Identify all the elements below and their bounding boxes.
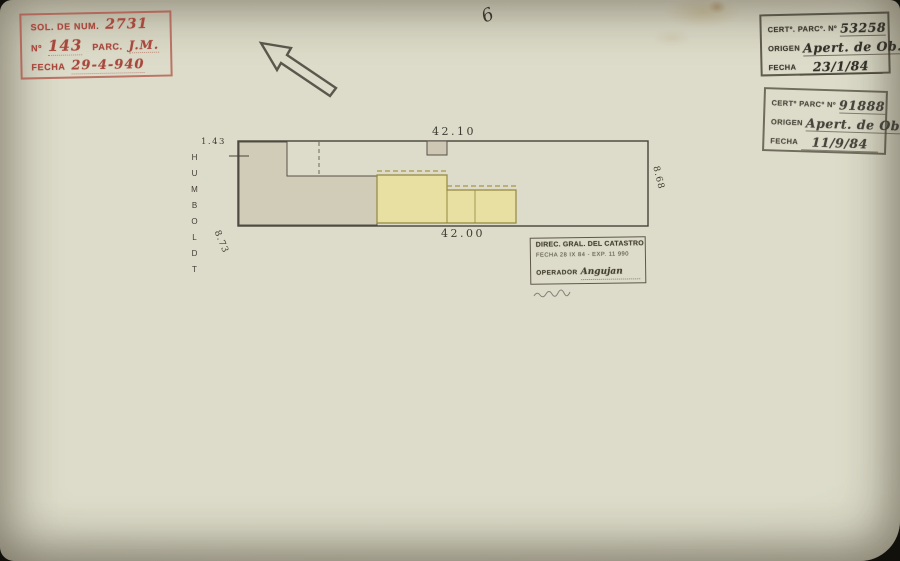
parc-value: J.M. bbox=[129, 38, 160, 54]
certificate-stamp-2: CERTº PARCº Nº 91888 ORIGEN Apert. de Ob… bbox=[762, 87, 888, 155]
sol-num-value: 2731 bbox=[105, 16, 148, 33]
catastro-title: DIREC. GRAL. DEL CATASTRO bbox=[536, 240, 640, 248]
cert2-title-label: CERTº PARCº Nº bbox=[771, 98, 836, 109]
num-value: 143 bbox=[48, 36, 83, 56]
scanned-cadastral-card: SOL. DE NUM. 2731 Nº 143 PARC. J.M. FECH… bbox=[0, 0, 900, 561]
cert2-number: 91888 bbox=[839, 97, 885, 113]
fecha-value: 29-4-940 bbox=[71, 57, 144, 75]
cert1-origen-value: Apert. de Ob. bbox=[803, 38, 900, 55]
dimension-left-offset: 1.43 bbox=[201, 137, 226, 147]
sol-num-label: SOL. DE NUM. bbox=[31, 21, 100, 32]
street-name: HUMBOLDT bbox=[190, 153, 199, 303]
cert1-fecha-label: FECHA bbox=[768, 63, 796, 73]
cert1-title-label: CERTº. PARCº. Nº bbox=[768, 24, 838, 35]
cert2-fecha-label: FECHA bbox=[770, 136, 798, 146]
num-label: Nº bbox=[31, 43, 42, 53]
parc-label: PARC. bbox=[92, 41, 123, 52]
existing-building-outline bbox=[239, 142, 377, 225]
request-number-stamp: SOL. DE NUM. 2731 Nº 143 PARC. J.M. FECH… bbox=[19, 10, 172, 79]
fecha-label: FECHA bbox=[31, 62, 65, 73]
dimension-top: 42.10 bbox=[432, 125, 476, 138]
paper-card: SOL. DE NUM. 2731 Nº 143 PARC. J.M. FECH… bbox=[0, 0, 900, 561]
small-front-structure bbox=[427, 141, 447, 155]
cert1-number: 53258 bbox=[840, 20, 886, 36]
catastro-fecha-line: FECHA 28 IX 84 - EXP. 11 990 bbox=[536, 251, 640, 258]
cert1-fecha-value: 23/1/84 bbox=[813, 58, 869, 74]
dimension-bottom: 42.00 bbox=[441, 227, 485, 240]
signature-scribble bbox=[533, 288, 579, 300]
certificate-stamp-1: CERTº. PARCº. Nº 53258 ORIGEN Apert. de … bbox=[759, 12, 890, 77]
cert2-origen-value: Apert. de Ob. bbox=[806, 115, 900, 133]
north-arrow-icon bbox=[250, 35, 345, 103]
catastro-office-stamp: DIREC. GRAL. DEL CATASTRO FECHA 28 IX 84… bbox=[530, 236, 647, 285]
catastro-operador-label: OPERADOR bbox=[536, 269, 578, 277]
cert1-origen-label: ORIGEN bbox=[768, 44, 800, 54]
catastro-operador-value: Angujan bbox=[581, 267, 623, 278]
handwritten-page-number: 6 bbox=[478, 4, 497, 28]
cert2-fecha-value: 11/9/84 bbox=[811, 135, 868, 152]
cert2-origen-label: ORIGEN bbox=[771, 117, 803, 127]
